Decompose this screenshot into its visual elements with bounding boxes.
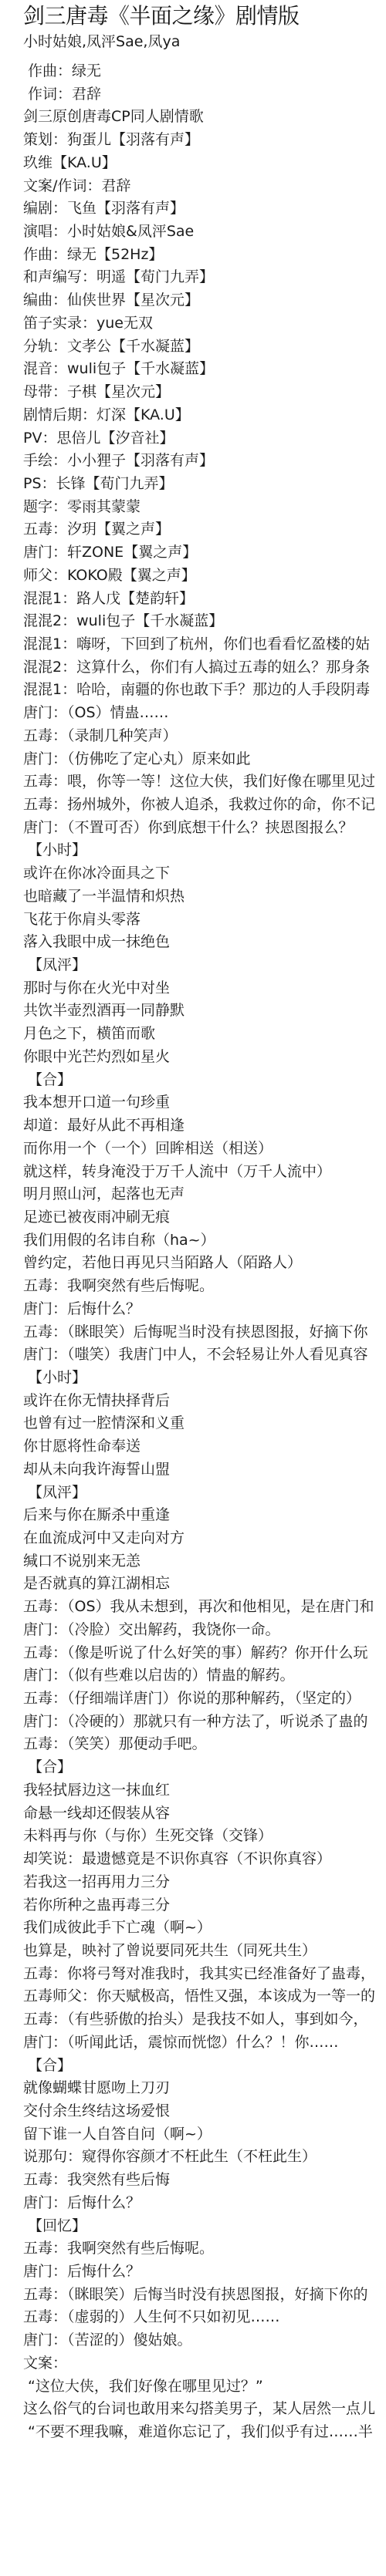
lyric-line: 唐门：轩ZONE【翼之声】 [23,541,386,565]
lyric-line: 五毒：（笑笑）那便动手吧。 [23,1733,386,1756]
lyric-line: 五毒：汐玥【翼之声】 [23,518,386,541]
lyric-line: 【凤泙】 [23,954,386,977]
lyric-line: 唐门：（仿佛吃了定心丸）原来如此 [23,748,386,771]
lyric-line: 五毒师父：你天赋极高，悟性又强，本该成为一等一的 [23,1985,386,2008]
lyric-line: 而你用一个（一个）回眸相送（相送） [23,1138,386,1161]
lyric-line: 我本想开口道一句珍重 [23,1091,386,1114]
song-artists: 小时姑娘,凤泙Sae,凤ya [23,32,180,52]
lyric-line: 唐门：（似有些难以启齿的）情蛊的解药。 [23,1664,386,1688]
lyric-line: 【回忆】 [23,2215,386,2238]
lyric-line: 那时与你在火光中对坐 [23,977,386,1000]
lyric-line: 五毒：（仔细端详唐门）你说的那种解药，（坚定的） [23,1688,386,1711]
lyric-line: 玖维【KA.U】 [23,152,386,175]
lyric-line: 你眼中光芒灼烈如星火 [23,1046,386,1069]
lyric-line: 足迹已被夜雨冲刷无痕 [23,1206,386,1229]
lyric-line: 唐门：（OS）情蛊…… [23,702,386,725]
lyric-line: 五毒：（像是听说了什么好笑的事）解药？你开什么玩 [23,1642,386,1665]
lyric-line: 笛子实录：yue无双 [23,312,386,335]
lyric-line: 留下谁一人自答自问（啊~） [23,2123,386,2146]
lyric-line: 唐门：（不置可否）你到底想干什么？挟恩图报么？ [23,817,386,840]
lyric-line: 五毒：喂，你等一等！这位大侠，我们好像在哪里见过 [23,770,386,794]
lyric-line: 唐门：后悔什么？ [23,1298,386,1321]
lyric-line: 文案： [23,2352,386,2375]
lyric-line: 师父：KOKO殿【翼之声】 [23,565,386,588]
lyric-line: 我们用假的名讳自称（ha~） [23,1229,386,1253]
lyric-line: 唐门：后悔什么？ [23,2192,386,2215]
lyric-line: 文案/作词：君辞 [23,175,386,198]
lyric-line: 作曲：绿无 [23,60,386,83]
lyric-line: 题字：零雨其蒙蒙 [23,496,386,519]
lyric-line: 若你所种之蛊再毒三分 [23,1894,386,1917]
lyric-line: 五毒：我啊突然有些后悔呢。 [23,1275,386,1298]
lyric-line: 五毒：（眯眼笑）后悔呢当时没有挟恩图报，好摘下你 [23,1321,386,1344]
lyric-line: 作曲：绿无【52Hz】 [23,244,386,267]
lyric-line: “不要不理我嘛，难道你忘记了，我们似乎有过……半 [23,2421,386,2444]
lyric-line: 唐门：（嗤笑）我唐门中人，不会轻易让外人看见真容 [23,1344,386,1367]
lyric-line: 也算是，映衬了曾说要同死共生（同死共生） [23,1940,386,1963]
lyric-line: 唐门：（冷脸）交出解药，我饶你一命。 [23,1619,386,1642]
lyric-line: 五毒：我突然有些后悔 [23,2169,386,2192]
lyric-line: 这么俗气的台词也敢用来勾搭美男子，某人居然一点儿 [23,2398,386,2421]
lyric-line: 五毒：（虚弱的）人生何不只如初见…… [23,2306,386,2329]
lyric-line: 【合】 [23,2055,386,2078]
lyric-line: 演唱：小时姑娘&凤泙Sae [23,221,386,244]
lyric-line: 或许在你冰冷面具之下 [23,862,386,885]
lyric-line: 缄口不说别来无恙 [23,1550,386,1573]
lyric-line: 明月照山河，起落也无声 [23,1183,386,1206]
lyric-line: 在血流成河中又走向对方 [23,1527,386,1550]
lyric-line: 母带：子棋【星次元】 [23,381,386,404]
lyric-line: 【小时】 [23,1367,386,1390]
lyric-line: 月色之下，横笛而歌 [23,1023,386,1046]
lyric-line: 交付余生终结这场爱恨 [23,2100,386,2123]
lyric-line: 唐门：（听闻此话，震惊而恍惚）什么？！你…… [23,2031,386,2055]
lyric-line: 混混1：嗨呀，下回到了杭州，你们也看看忆盈楼的姑 [23,633,386,656]
lyric-line: 说那句：窥得你容颜才不枉此生（不枉此生） [23,2146,386,2169]
lyric-line: 混混2：wuli包子【千水凝蓝】 [23,610,386,633]
lyric-line: 五毒：你将弓弩对准我时，我其实已经准备好了蛊毒， [23,1963,386,1986]
lyric-line: 编曲：仙侠世界【星次元】 [23,289,386,312]
lyric-line: 若我这一招再用力三分 [23,1871,386,1894]
lyrics-body: 作曲：绿无 作词：君辞剑三原创唐毒CP同人剧情歌策划：狗蛋儿【羽落有声】玖维【K… [23,60,386,2444]
lyric-line: 共饮半壶烈酒再一同静默 [23,1000,386,1023]
lyric-line: PV：思倍儿【汐音社】 [23,427,386,450]
lyric-line: 或许在你无情抉择背后 [23,1390,386,1413]
lyric-line: 却笑说：最遗憾竟是不识你真容（不识你真容） [23,1848,386,1871]
lyric-line: 五毒：（OS）我从未想到，再次和他相见，是在唐门和 [23,1596,386,1619]
lyric-line: 飞花于你肩头零落 [23,909,386,932]
lyric-line: “这位大侠，我们好像在哪里见过？” [23,2375,386,2399]
lyric-line: 五毒：扬州城外，你被人追杀，我救过你的命，你不记 [23,794,386,817]
lyric-line: 就这样，转身淹没于万千人流中（万千人流中） [23,1161,386,1184]
lyric-line: 落入我眼中成一抹绝色 [23,931,386,954]
lyric-line: 是否就真的算江湖相忘 [23,1573,386,1596]
lyric-line: 曾约定，若他日再见只当陌路人（陌路人） [23,1252,386,1275]
lyric-line: 手绘：小小狸子【羽落有声】 [23,450,386,473]
lyric-line: 唐门：（冷硬的）那就只有一种方法了，听说杀了蛊的 [23,1711,386,1734]
lyric-line: 【合】 [23,1069,386,1092]
lyric-line: 混混1：路人戊【楚韵轩】 [23,588,386,611]
lyric-line: 【合】 [23,1756,386,1779]
lyric-line: 剧情后期：灯深【KA.U】 [23,404,386,427]
lyric-line: 【小时】 [23,839,386,862]
lyric-line: 策划：狗蛋儿【羽落有声】 [23,129,386,152]
lyric-line: 混混1：哈哈，南疆的你也敢下手？那边的人手段阴毒 [23,679,386,702]
lyric-line: 你甘愿将性命奉送 [23,1435,386,1458]
lyric-line: 我们成彼此手下亡魂（啊~） [23,1917,386,1940]
lyric-line: 混混2：这算什么，你们有人搞过五毒的妞么？那身条 [23,656,386,679]
lyric-line: 唐门：（苦涩的）傻姑娘。 [23,2329,386,2352]
lyric-line: 后来与你在厮杀中重逢 [23,1504,386,1527]
lyric-line: 剑三原创唐毒CP同人剧情歌 [23,106,386,129]
lyric-line: 五毒：我啊突然有些后悔呢。 [23,2237,386,2261]
lyric-line: 也曾有过一腔情深和义重 [23,1412,386,1435]
lyric-line: 分轨：文孝公【千水凝蓝】 [23,335,386,359]
lyric-line: 就像蝴蝶甘愿吻上刀刃 [23,2077,386,2100]
lyric-line: 五毒：（有些骄傲的抬头）是我技不如人，事到如今， [23,2008,386,2031]
lyric-line: 唐门：后悔什么？ [23,2261,386,2284]
lyric-line: 却从未向我许海誓山盟 [23,1458,386,1482]
lyric-line: 五毒：（眯眼笑）后悔当时没有挟恩图报，好摘下你的 [23,2284,386,2307]
lyric-line: PS：长锋【荀门九弄】 [23,473,386,496]
lyric-line: 我轻拭唇边这一抹血红 [23,1779,386,1802]
song-title: 剑三唐毒《半面之缘》剧情版 [23,3,300,29]
lyric-line: 【凤泙】 [23,1482,386,1505]
lyric-line: 编剧：飞鱼【羽落有声】 [23,197,386,221]
lyric-line: 却道：最好从此不再相逢 [23,1114,386,1138]
lyric-line: 命悬一线却还假装从容 [23,1802,386,1826]
lyric-line: 也暗藏了一半温情和炽热 [23,885,386,909]
lyric-line: 五毒：（录制几种笑声） [23,725,386,748]
lyric-line: 作词：君辞 [23,83,386,106]
lyric-line: 混音：wuli包子【千水凝蓝】 [23,358,386,381]
lyric-line: 未料再与你（与你）生死交锋（交锋） [23,1825,386,1848]
lyric-line: 和声编写：明遥【荀门九弄】 [23,266,386,289]
